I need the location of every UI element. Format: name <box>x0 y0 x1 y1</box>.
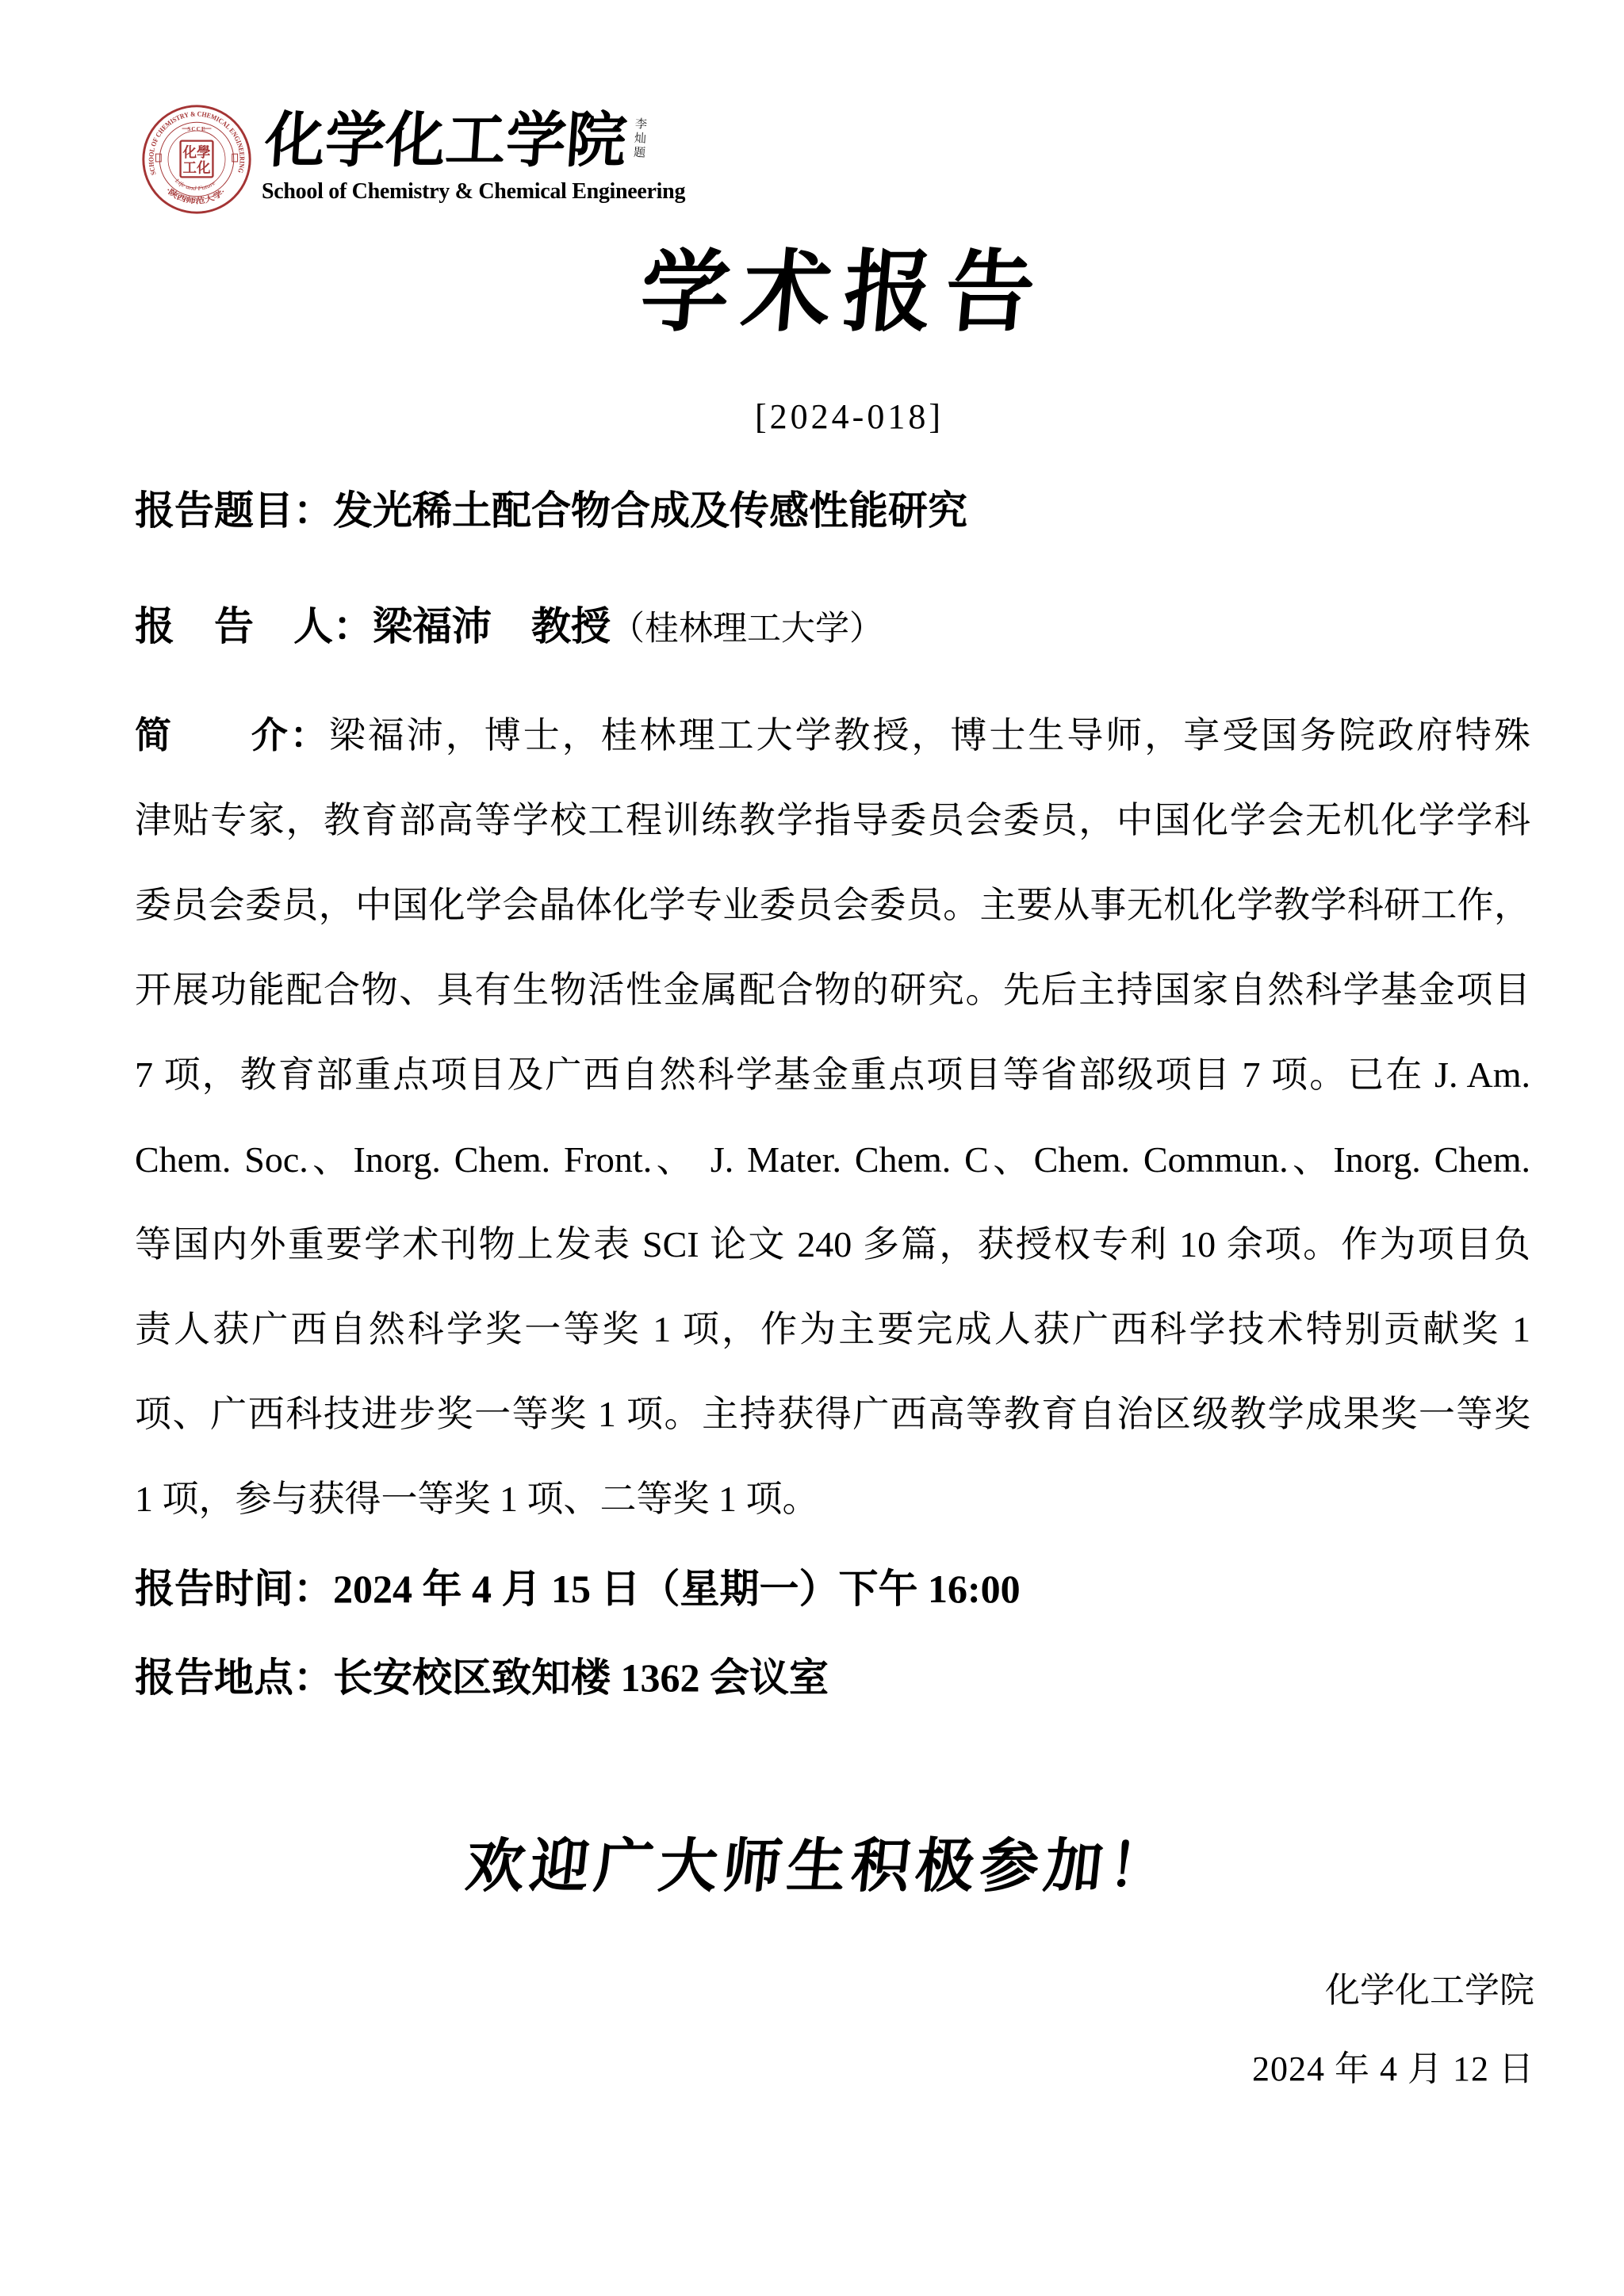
speaker-line: 报 告 人：梁福沛 教授（桂林理工大学） <box>135 604 883 650</box>
announcement-page: SCHOOL OF CHEMISTRY & CHEMICAL ENGINEERI… <box>0 0 1624 2296</box>
bio-label: 简 介： <box>135 715 329 756</box>
seal-stamp-row1: 化學 <box>182 144 211 160</box>
welcome-slogan: 欢迎广大师生积极参加！ <box>3 1820 1624 1904</box>
topic-label: 报告题目： <box>135 488 333 533</box>
seal-acronym: SCCE <box>187 125 205 132</box>
bio-line: 简 介：梁福沛，博士，桂林理工大学教授，博士生导师，享受国务院政府特殊 <box>135 693 1530 778</box>
topic-value: 发光稀土配合物合成及传感性能研究 <box>333 488 967 533</box>
bio-line: 等国内外重要学术刊物上发表 SCI 论文 240 多篇，获授权专利 10 余项。… <box>135 1202 1530 1287</box>
bio-line: 津贴专家，教育部高等学校工程训练教学指导委员会委员，中国化学会无机化学学科 <box>135 778 1530 863</box>
seal-right-ornament <box>232 154 238 162</box>
venue-value: 长安校区致知楼 1362 会议室 <box>333 1655 829 1700</box>
school-en-name: School of Chemistry & Chemical Engineeri… <box>262 179 685 205</box>
venue-label: 报告地点： <box>135 1655 333 1700</box>
signature-department: 化学化工学院 <box>1325 1972 1534 2010</box>
speaker-affiliation: （桂林理工大学） <box>611 610 883 648</box>
seal-motto-label: Life and Future <box>173 177 217 193</box>
bio-line: 项、广西科技进步奖一等奖 1 项。主持获得广西高等教育自治区级教学成果奖一等奖 <box>135 1372 1530 1456</box>
seal-stamp-row2: 工化 <box>182 160 211 176</box>
speaker-name: 梁福沛 教授 <box>373 604 611 649</box>
school-seal-icon: SCHOOL OF CHEMISTRY & CHEMICAL ENGINEERI… <box>139 101 255 217</box>
bio-line: 责人获广西自然科学奖一等奖 1 项，作为主要完成人获广西科学技术特别贡献奖 1 <box>135 1287 1530 1372</box>
seal-left-ornament <box>155 154 161 162</box>
venue-line: 报告地点：长安校区致知楼 1362 会议室 <box>135 1655 829 1701</box>
issue-number: [2024-018] <box>37 396 1624 437</box>
time-label: 报告时间： <box>135 1567 333 1611</box>
bio-line: 1 项，参与获得一等奖 1 项、二等奖 1 项。 <box>135 1456 1530 1541</box>
time-line: 报告时间：2024 年 4 月 15 日（星期一）下午 16:00 <box>135 1567 1021 1613</box>
bio-line: 7 项，教育部重点项目及广西自然科学基金重点项目等省部级项目 7 项。已在 J.… <box>135 1032 1530 1117</box>
time-value: 2024 年 4 月 15 日（星期一）下午 16:00 <box>333 1567 1021 1611</box>
page-title: 学术报告 <box>21 247 1624 341</box>
bio-paragraph: 简 介：梁福沛，博士，桂林理工大学教授，博士生导师，享受国务院政府特殊 津贴专家… <box>135 693 1530 1541</box>
signature-date: 2024 年 4 月 12 日 <box>1252 2050 1534 2088</box>
speaker-label: 报 告 人： <box>135 604 373 649</box>
bio-line: Chem. Soc.、Inorg. Chem. Front.、 J. Mater… <box>135 1117 1530 1202</box>
bio-line: 开展功能配合物、具有生物活性金属配合物的研究。先后主持国家自然科学基金项目 <box>135 947 1530 1032</box>
calligraphy-inscriber-signature: 李灿题 <box>631 117 648 161</box>
school-cn-name: 化学化工学院 <box>262 111 628 171</box>
seal-motto: Life and Future <box>173 177 217 193</box>
bio-text: 梁福沛，博士，桂林理工大学教授，博士生导师，享受国务院政府特殊 <box>329 715 1530 756</box>
topic-line: 报告题目：发光稀土配合物合成及传感性能研究 <box>135 488 967 534</box>
bio-line: 委员会委员，中国化学会晶体化学专业委员会委员。主要从事无机化学教学科研工作， <box>135 863 1530 947</box>
